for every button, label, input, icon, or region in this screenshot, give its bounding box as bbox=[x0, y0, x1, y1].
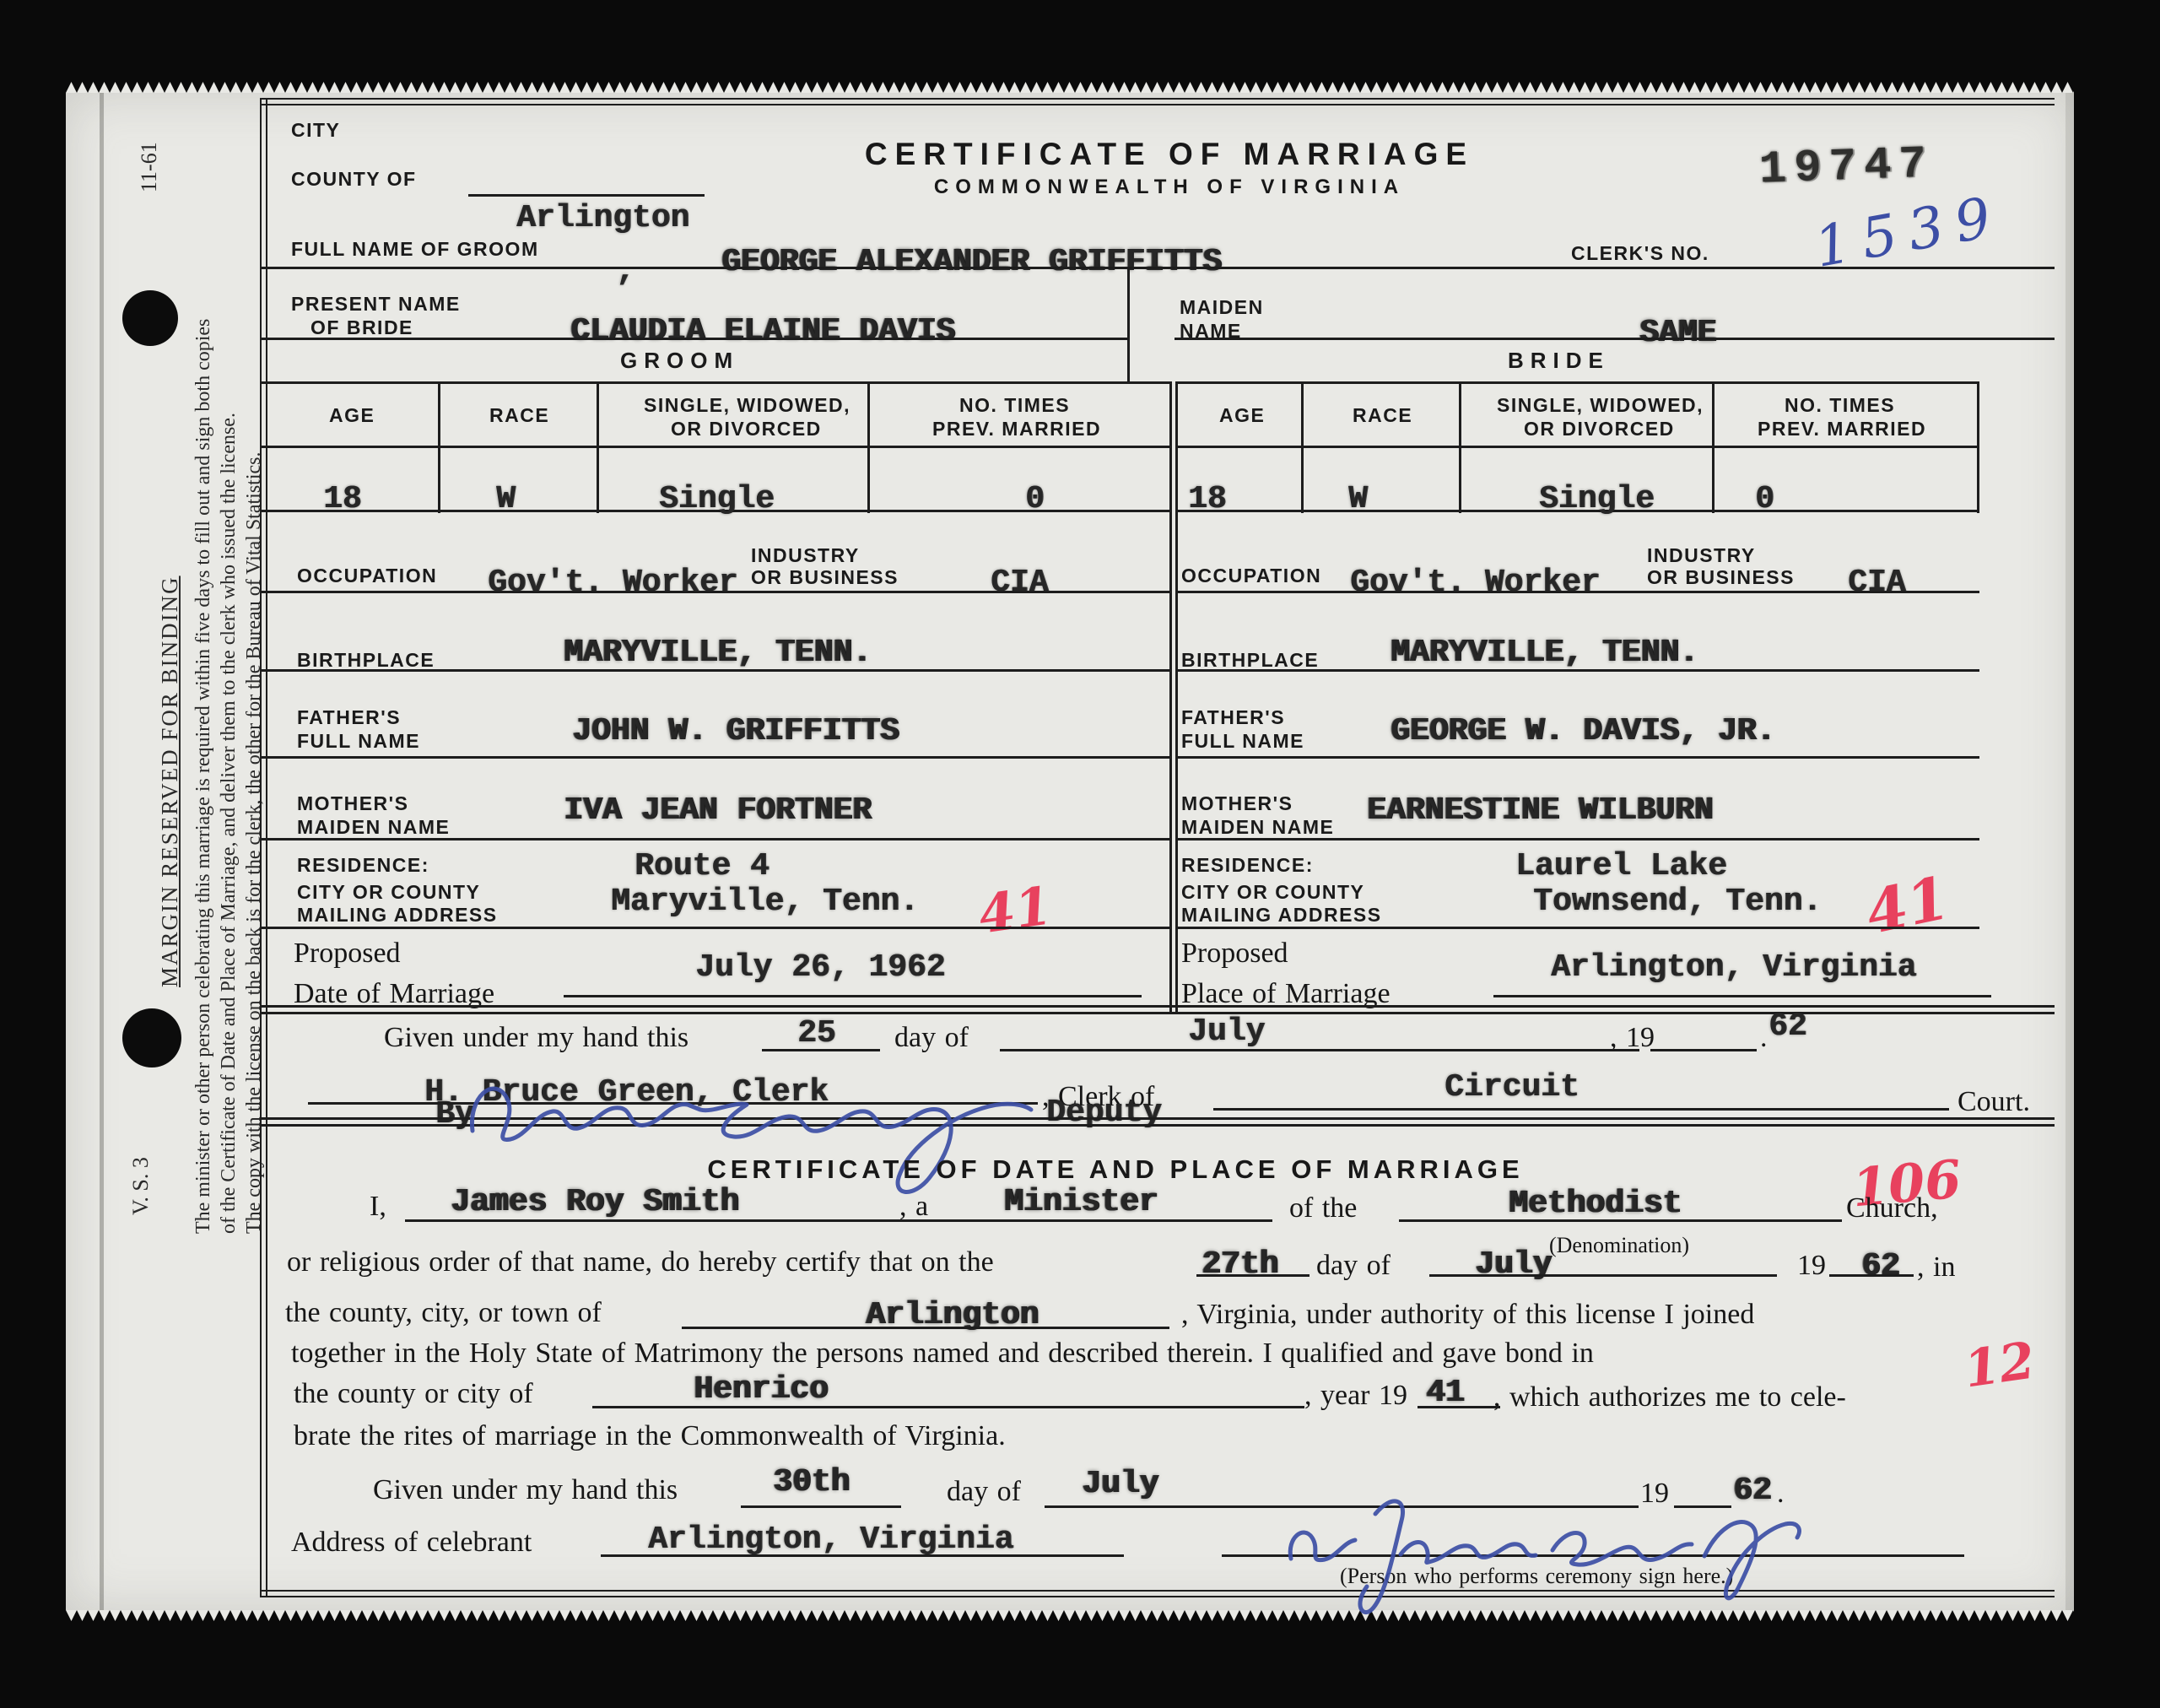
bride-proposed-label: Proposed bbox=[1181, 938, 1288, 969]
county-label: COUNTY OF bbox=[291, 169, 417, 189]
groom-birthplace-label: BIRTHPLACE bbox=[297, 650, 435, 670]
rule bbox=[1177, 381, 1977, 384]
groom-residence-label-1: RESIDENCE: bbox=[297, 855, 429, 875]
groom-father-label-1: FATHER'S bbox=[297, 707, 401, 727]
groom-occupation-value: Gov't. Worker bbox=[488, 567, 737, 599]
bride-name-value: CLAUDIA ELAINE DAVIS bbox=[570, 316, 955, 348]
binding-margin-label: MARGIN RESERVED FOR BINDING bbox=[157, 373, 187, 987]
rule bbox=[468, 194, 705, 197]
typed-comma: , bbox=[616, 256, 635, 288]
bride-status-label-2: OR DIVORCED bbox=[1524, 419, 1675, 439]
rule bbox=[260, 104, 2055, 105]
rule bbox=[260, 446, 1171, 448]
rule bbox=[260, 838, 1171, 840]
celebrant-given-text: Given under my hand this bbox=[373, 1475, 678, 1505]
proposed-date-value: July 26, 1962 bbox=[695, 952, 945, 984]
margin-instructions-line2: of the Certificate of Date and Place of … bbox=[216, 138, 241, 1234]
rule bbox=[601, 1554, 1124, 1557]
rule bbox=[260, 338, 1127, 340]
groom-mother-value: IVA JEAN FORTNER bbox=[564, 795, 872, 827]
rule bbox=[1829, 1274, 1914, 1277]
cert-in: , in bbox=[1917, 1252, 1955, 1283]
bride-industry-label-1: INDUSTRY bbox=[1647, 545, 1756, 565]
rule bbox=[1301, 381, 1304, 513]
rule bbox=[260, 98, 262, 1597]
court-type-value: Circuit bbox=[1444, 1072, 1579, 1104]
celebrant-given-day-value: 30th bbox=[773, 1467, 850, 1499]
groom-status-label-1: SINGLE, WIDOWED, bbox=[644, 395, 850, 415]
celebrant-day-of: day of bbox=[947, 1477, 1021, 1507]
rule bbox=[438, 381, 440, 513]
rule bbox=[1459, 381, 1461, 513]
license-year-value: 62 bbox=[1768, 1011, 1807, 1043]
paper-fold-shadow bbox=[100, 93, 104, 1610]
bride-industry-label-2: OR BUSINESS bbox=[1647, 567, 1795, 587]
rule bbox=[266, 98, 267, 1597]
cert-year19: , year 19 bbox=[1304, 1381, 1407, 1411]
rule bbox=[1177, 591, 1979, 593]
bride-race-label: RACE bbox=[1353, 405, 1412, 425]
bride-birthplace-label: BIRTHPLACE bbox=[1181, 650, 1319, 670]
bride-name-label-2: OF BRIDE bbox=[310, 317, 413, 338]
groom-proposed-label: Proposed bbox=[294, 938, 401, 969]
bride-prev-label-2: PREV. MARRIED bbox=[1758, 419, 1926, 439]
celebrant-address-value: Arlington, Virginia bbox=[648, 1524, 1013, 1556]
commonwealth-subtitle: COMMONWEALTH OF VIRGINIA bbox=[764, 176, 1574, 199]
rule bbox=[741, 1505, 901, 1508]
punch-hole bbox=[122, 1008, 181, 1067]
groom-prev-value: 0 bbox=[1025, 484, 1045, 516]
rule bbox=[1196, 1274, 1309, 1277]
rule bbox=[1177, 838, 1979, 840]
groom-birthplace-value: MARYVILLE, TENN. bbox=[564, 637, 872, 669]
celebrant-given-month-value: July bbox=[1082, 1468, 1158, 1500]
margin-instructions: The minister or other person celebrating… bbox=[191, 138, 268, 1234]
bride-residence-label-2: CITY OR COUNTY bbox=[1181, 882, 1364, 902]
bride-residence-line2: Townsend, Tenn. bbox=[1533, 886, 1822, 918]
address-of-celebrant-label: Address of celebrant bbox=[291, 1527, 532, 1558]
clerks-no-label: CLERK'S NO. bbox=[1571, 243, 1709, 263]
bride-mother-label-2: MAIDEN NAME bbox=[1181, 817, 1334, 837]
rule bbox=[1177, 756, 1979, 759]
groom-status-value: Single bbox=[659, 484, 775, 516]
rule bbox=[1177, 927, 1979, 929]
groom-residence-line1: Route 4 bbox=[634, 851, 769, 883]
license-day-value: 25 bbox=[797, 1018, 836, 1050]
rule bbox=[260, 669, 1171, 672]
rule bbox=[1712, 381, 1714, 513]
rule bbox=[1169, 381, 1172, 1013]
bride-residence-label-3: MAILING ADDRESS bbox=[1181, 905, 1382, 925]
clerk-day-of: day of bbox=[894, 1023, 969, 1053]
bride-age-label: AGE bbox=[1219, 405, 1265, 425]
margin-instructions-line3: The copy with the license on the back is… bbox=[241, 138, 267, 1234]
cert-line4-text: together in the Holy State of Matrimony … bbox=[291, 1338, 1594, 1369]
celebrant-signature bbox=[1266, 1478, 1806, 1613]
bride-prev-label-1: NO. TIMES bbox=[1785, 395, 1895, 415]
rule bbox=[1977, 381, 1979, 513]
bond-year-value: 41 bbox=[1426, 1377, 1465, 1409]
cert-line6-text: brate the rites of marriage in the Commo… bbox=[294, 1421, 1006, 1451]
rule bbox=[260, 756, 1171, 759]
rule bbox=[1127, 268, 1130, 383]
bride-residence-red-mark: 41 bbox=[1861, 868, 1954, 943]
groom-mother-label-2: MAIDEN NAME bbox=[297, 817, 450, 837]
bride-father-value: GEORGE W. DAVIS, JR. bbox=[1390, 716, 1775, 748]
bride-status-value: Single bbox=[1539, 484, 1655, 516]
rule bbox=[682, 1327, 1169, 1329]
ceremony-year-value: 62 bbox=[1861, 1251, 1900, 1283]
cert-line5-rest: , which authorizes me to cele- bbox=[1493, 1382, 1846, 1413]
groom-age-value: 18 bbox=[323, 484, 362, 516]
celebrant-title-value: Minister bbox=[1004, 1186, 1158, 1219]
bride-father-label-1: FATHER'S bbox=[1181, 707, 1285, 727]
groom-residence-line2: Maryville, Tenn. bbox=[611, 886, 919, 918]
groom-name-value: GEORGE ALEXANDER GRIFFITTS bbox=[721, 246, 1222, 278]
certificate-section-title: CERTIFICATE OF DATE AND PLACE OF MARRIAG… bbox=[525, 1154, 1706, 1185]
celebrant-name-value: James Roy Smith bbox=[451, 1186, 739, 1219]
bride-father-label-2: FULL NAME bbox=[1181, 731, 1304, 751]
file-number-stamp: 19747 bbox=[1758, 138, 1935, 196]
rule bbox=[1493, 995, 1991, 997]
cert-line3-text: the county, city, or town of bbox=[285, 1298, 602, 1328]
groom-residence-label-2: CITY OR COUNTY bbox=[297, 882, 480, 902]
groom-age-label: AGE bbox=[329, 405, 375, 425]
rule bbox=[1429, 1274, 1777, 1277]
city-label: CITY bbox=[291, 120, 340, 140]
clerk-given-text: Given under my hand this bbox=[384, 1023, 688, 1053]
bride-status-label-1: SINGLE, WIDOWED, bbox=[1497, 395, 1704, 415]
punch-hole bbox=[122, 290, 178, 346]
rule bbox=[1177, 669, 1979, 672]
rule bbox=[260, 381, 1171, 384]
groom-race-value: W bbox=[496, 484, 516, 516]
court-label: Court. bbox=[1957, 1087, 2030, 1117]
groom-status-label-2: OR DIVORCED bbox=[671, 419, 822, 439]
bride-mother-value: EARNESTINE WILBURN bbox=[1367, 795, 1713, 827]
rule bbox=[1399, 1219, 1842, 1222]
rule bbox=[564, 995, 1142, 997]
groom-name-label: FULL NAME OF GROOM bbox=[291, 239, 539, 259]
cert-line2-text: or religious order of that name, do here… bbox=[287, 1247, 994, 1278]
cert-i-label: I, bbox=[370, 1192, 386, 1222]
county-value: Arlington bbox=[516, 203, 689, 235]
maiden-name-value: SAME bbox=[1639, 317, 1716, 349]
groom-race-label: RACE bbox=[489, 405, 549, 425]
cert-of-the: of the bbox=[1289, 1193, 1357, 1224]
margin-instructions-line1: The minister or other person celebrating… bbox=[191, 138, 216, 1234]
bride-age-value: 18 bbox=[1188, 484, 1227, 516]
rule bbox=[1650, 1049, 1757, 1051]
clerk-period: . bbox=[1760, 1023, 1768, 1053]
bride-race-value: W bbox=[1348, 484, 1368, 516]
rule bbox=[260, 591, 1171, 593]
bride-occupation-value: Gov't. Worker bbox=[1350, 567, 1600, 599]
cert-line3-rest: , Virginia, under authority of this lice… bbox=[1181, 1300, 1754, 1330]
maiden-name-label-1: MAIDEN bbox=[1180, 297, 1264, 317]
rule bbox=[1175, 381, 1178, 1013]
rule bbox=[260, 267, 2055, 269]
rule bbox=[260, 1005, 2055, 1008]
cert-line5-text: the county or city of bbox=[294, 1379, 533, 1409]
license-month-value: July bbox=[1188, 1016, 1265, 1048]
bride-prev-value: 0 bbox=[1755, 484, 1774, 516]
bride-industry-value: CIA bbox=[1848, 567, 1905, 599]
groom-industry-label-1: INDUSTRY bbox=[751, 545, 860, 565]
denomination-value: Methodist bbox=[1509, 1188, 1682, 1220]
groom-industry-value: CIA bbox=[991, 567, 1048, 599]
rule bbox=[260, 927, 1171, 929]
groom-residence-label-3: MAILING ADDRESS bbox=[297, 905, 498, 925]
form-revision-code: 11-61 bbox=[137, 129, 162, 192]
form-vs-code: V. S. 3 bbox=[128, 1148, 154, 1215]
rule bbox=[597, 381, 599, 513]
certificate-title: CERTIFICATE OF MARRIAGE bbox=[764, 137, 1574, 172]
cert-church-label: Church, bbox=[1846, 1193, 1938, 1224]
groom-mother-label-1: MOTHER'S bbox=[297, 793, 408, 813]
bride-mother-label-1: MOTHER'S bbox=[1181, 793, 1293, 813]
bride-name-label-1: PRESENT NAME bbox=[291, 294, 461, 314]
rule bbox=[1177, 446, 1977, 448]
groom-prev-label-1: NO. TIMES bbox=[959, 395, 1070, 415]
groom-father-label-2: FULL NAME bbox=[297, 731, 420, 751]
groom-section-header: GROOM bbox=[620, 349, 739, 372]
perforation-top bbox=[66, 82, 2074, 93]
cert-19: 19 bbox=[1797, 1251, 1826, 1281]
proposed-place-value: Arlington, Virginia bbox=[1551, 952, 1916, 984]
rule bbox=[405, 1219, 983, 1222]
bride-section-header: BRIDE bbox=[1508, 349, 1610, 372]
rule bbox=[260, 98, 2055, 100]
rule bbox=[867, 381, 870, 513]
bride-birthplace-value: MARYVILLE, TENN. bbox=[1390, 637, 1698, 669]
bond-place-value: Henrico bbox=[694, 1374, 829, 1406]
rule bbox=[1213, 1108, 1949, 1111]
rule bbox=[1174, 338, 2055, 340]
rule bbox=[952, 1219, 1272, 1222]
bride-residence-label-1: RESIDENCE: bbox=[1181, 855, 1314, 875]
rule bbox=[1417, 1406, 1500, 1408]
cert-day-of: day of bbox=[1316, 1251, 1390, 1281]
groom-father-value: JOHN W. GRIFFITTS bbox=[572, 716, 899, 748]
cert-a-label: , a bbox=[899, 1192, 928, 1222]
groom-occupation-label: OCCUPATION bbox=[297, 565, 437, 586]
bride-occupation-label: OCCUPATION bbox=[1181, 565, 1321, 586]
scanned-marriage-certificate: 11-61 V. S. 3 MARGIN RESERVED FOR BINDIN… bbox=[0, 0, 2160, 1708]
paper-edge-shadow bbox=[2065, 93, 2074, 1610]
denomination-caption: (Denomination) bbox=[1549, 1234, 1689, 1257]
groom-prev-label-2: PREV. MARRIED bbox=[932, 419, 1101, 439]
bride-residence-line1: Laurel Lake bbox=[1515, 851, 1727, 883]
rule bbox=[592, 1406, 1304, 1408]
groom-industry-label-2: OR BUSINESS bbox=[751, 567, 899, 587]
red-bond-mark: 12 bbox=[1961, 1335, 2038, 1395]
groom-residence-red-mark: 41 bbox=[975, 879, 1055, 941]
rule bbox=[1000, 1049, 1639, 1051]
